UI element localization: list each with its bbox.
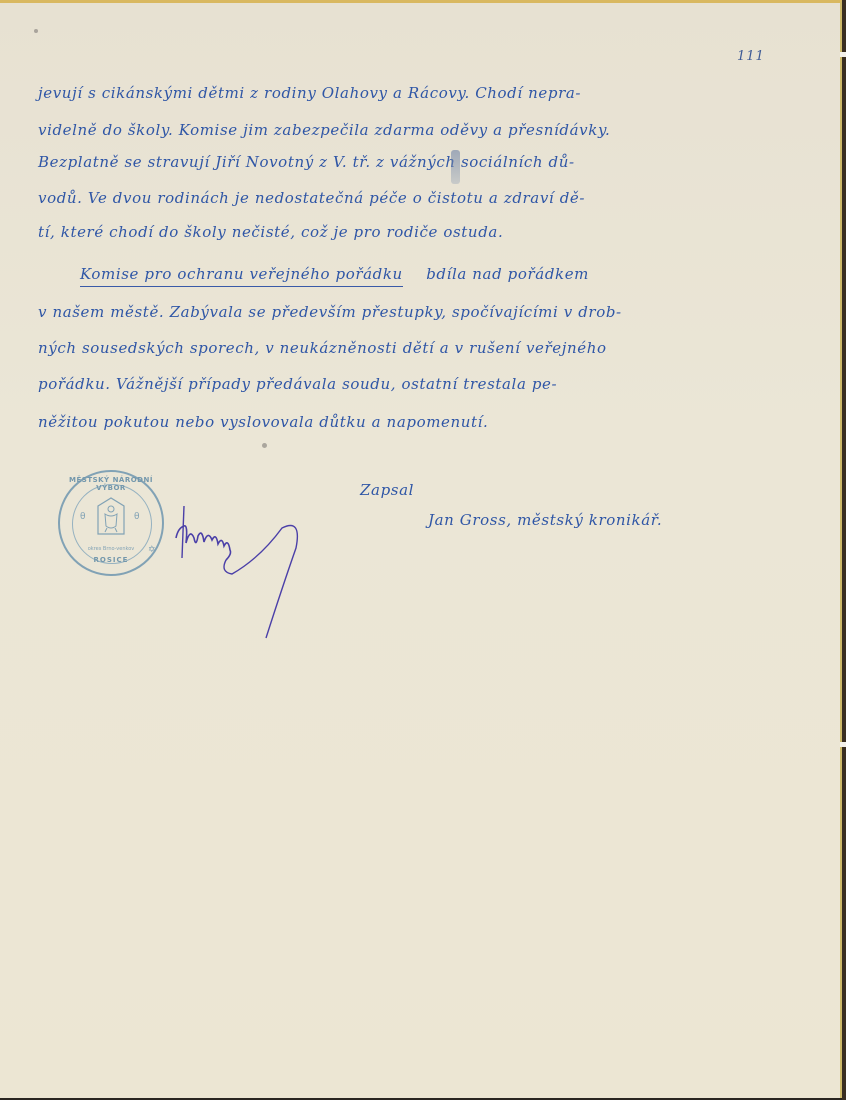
section-heading-line: Komise pro ochranu veřejného pořádku bdí…: [80, 265, 589, 283]
page-edge-marker: [840, 52, 846, 57]
text-line-3: Bezplatně se stravují Jiří Novotný z V. …: [38, 153, 575, 171]
chronicle-page: 111 jevují s cikánskými dětmi z rodiny O…: [0, 0, 842, 1098]
recorded-by-label: Zapsal: [360, 481, 414, 499]
stamp-ornament-left: θ: [80, 512, 86, 522]
text-line-5: tí, které chodí do školy nečisté, což je…: [38, 223, 503, 241]
text-line-9: pořádku. Vážnější případy předávala soud…: [38, 375, 557, 393]
paper-speck: [34, 29, 38, 33]
stamp-town-text: ROSICE: [60, 556, 162, 564]
paper-speck: [262, 443, 267, 448]
text-line-7: v našem městě. Zabývala se především pře…: [38, 303, 622, 321]
stamp-ornament-right: θ: [134, 512, 140, 522]
text-line-6: bdíla nad pořádkem: [426, 265, 589, 283]
text-line-4: vodů. Ve dvou rodinách je nedostatečná p…: [38, 189, 585, 207]
coat-of-arms-icon: [96, 496, 126, 536]
page-number: 111: [737, 49, 765, 64]
stamp-top-text: MĚSTSKÝ NÁRODNÍ VÝBOR: [60, 476, 162, 492]
star-icon: ✡: [148, 544, 156, 555]
page-edge-marker: [840, 742, 846, 747]
book-spine-edge: [842, 0, 846, 1100]
text-line-8: ných sousedských sporech, v neukázněnost…: [38, 339, 607, 357]
ink-smudge: [451, 150, 460, 184]
text-line-1: jevují s cikánskými dětmi z rodiny Olaho…: [38, 84, 581, 102]
official-stamp: MĚSTSKÝ NÁRODNÍ VÝBOR θ θ okres Brno-ven…: [58, 470, 164, 576]
author-line: Jan Gross, městský kronikář.: [428, 511, 662, 529]
stamp-district-text: okres Brno-venkov: [60, 546, 162, 552]
handwritten-signature: [170, 498, 310, 643]
text-line-10: něžitou pokutou nebo vyslovovala důtku a…: [38, 413, 488, 431]
section-heading: Komise pro ochranu veřejného pořádku: [80, 265, 403, 287]
text-line-2: videlně do školy. Komise jim zabezpečila…: [38, 121, 610, 139]
